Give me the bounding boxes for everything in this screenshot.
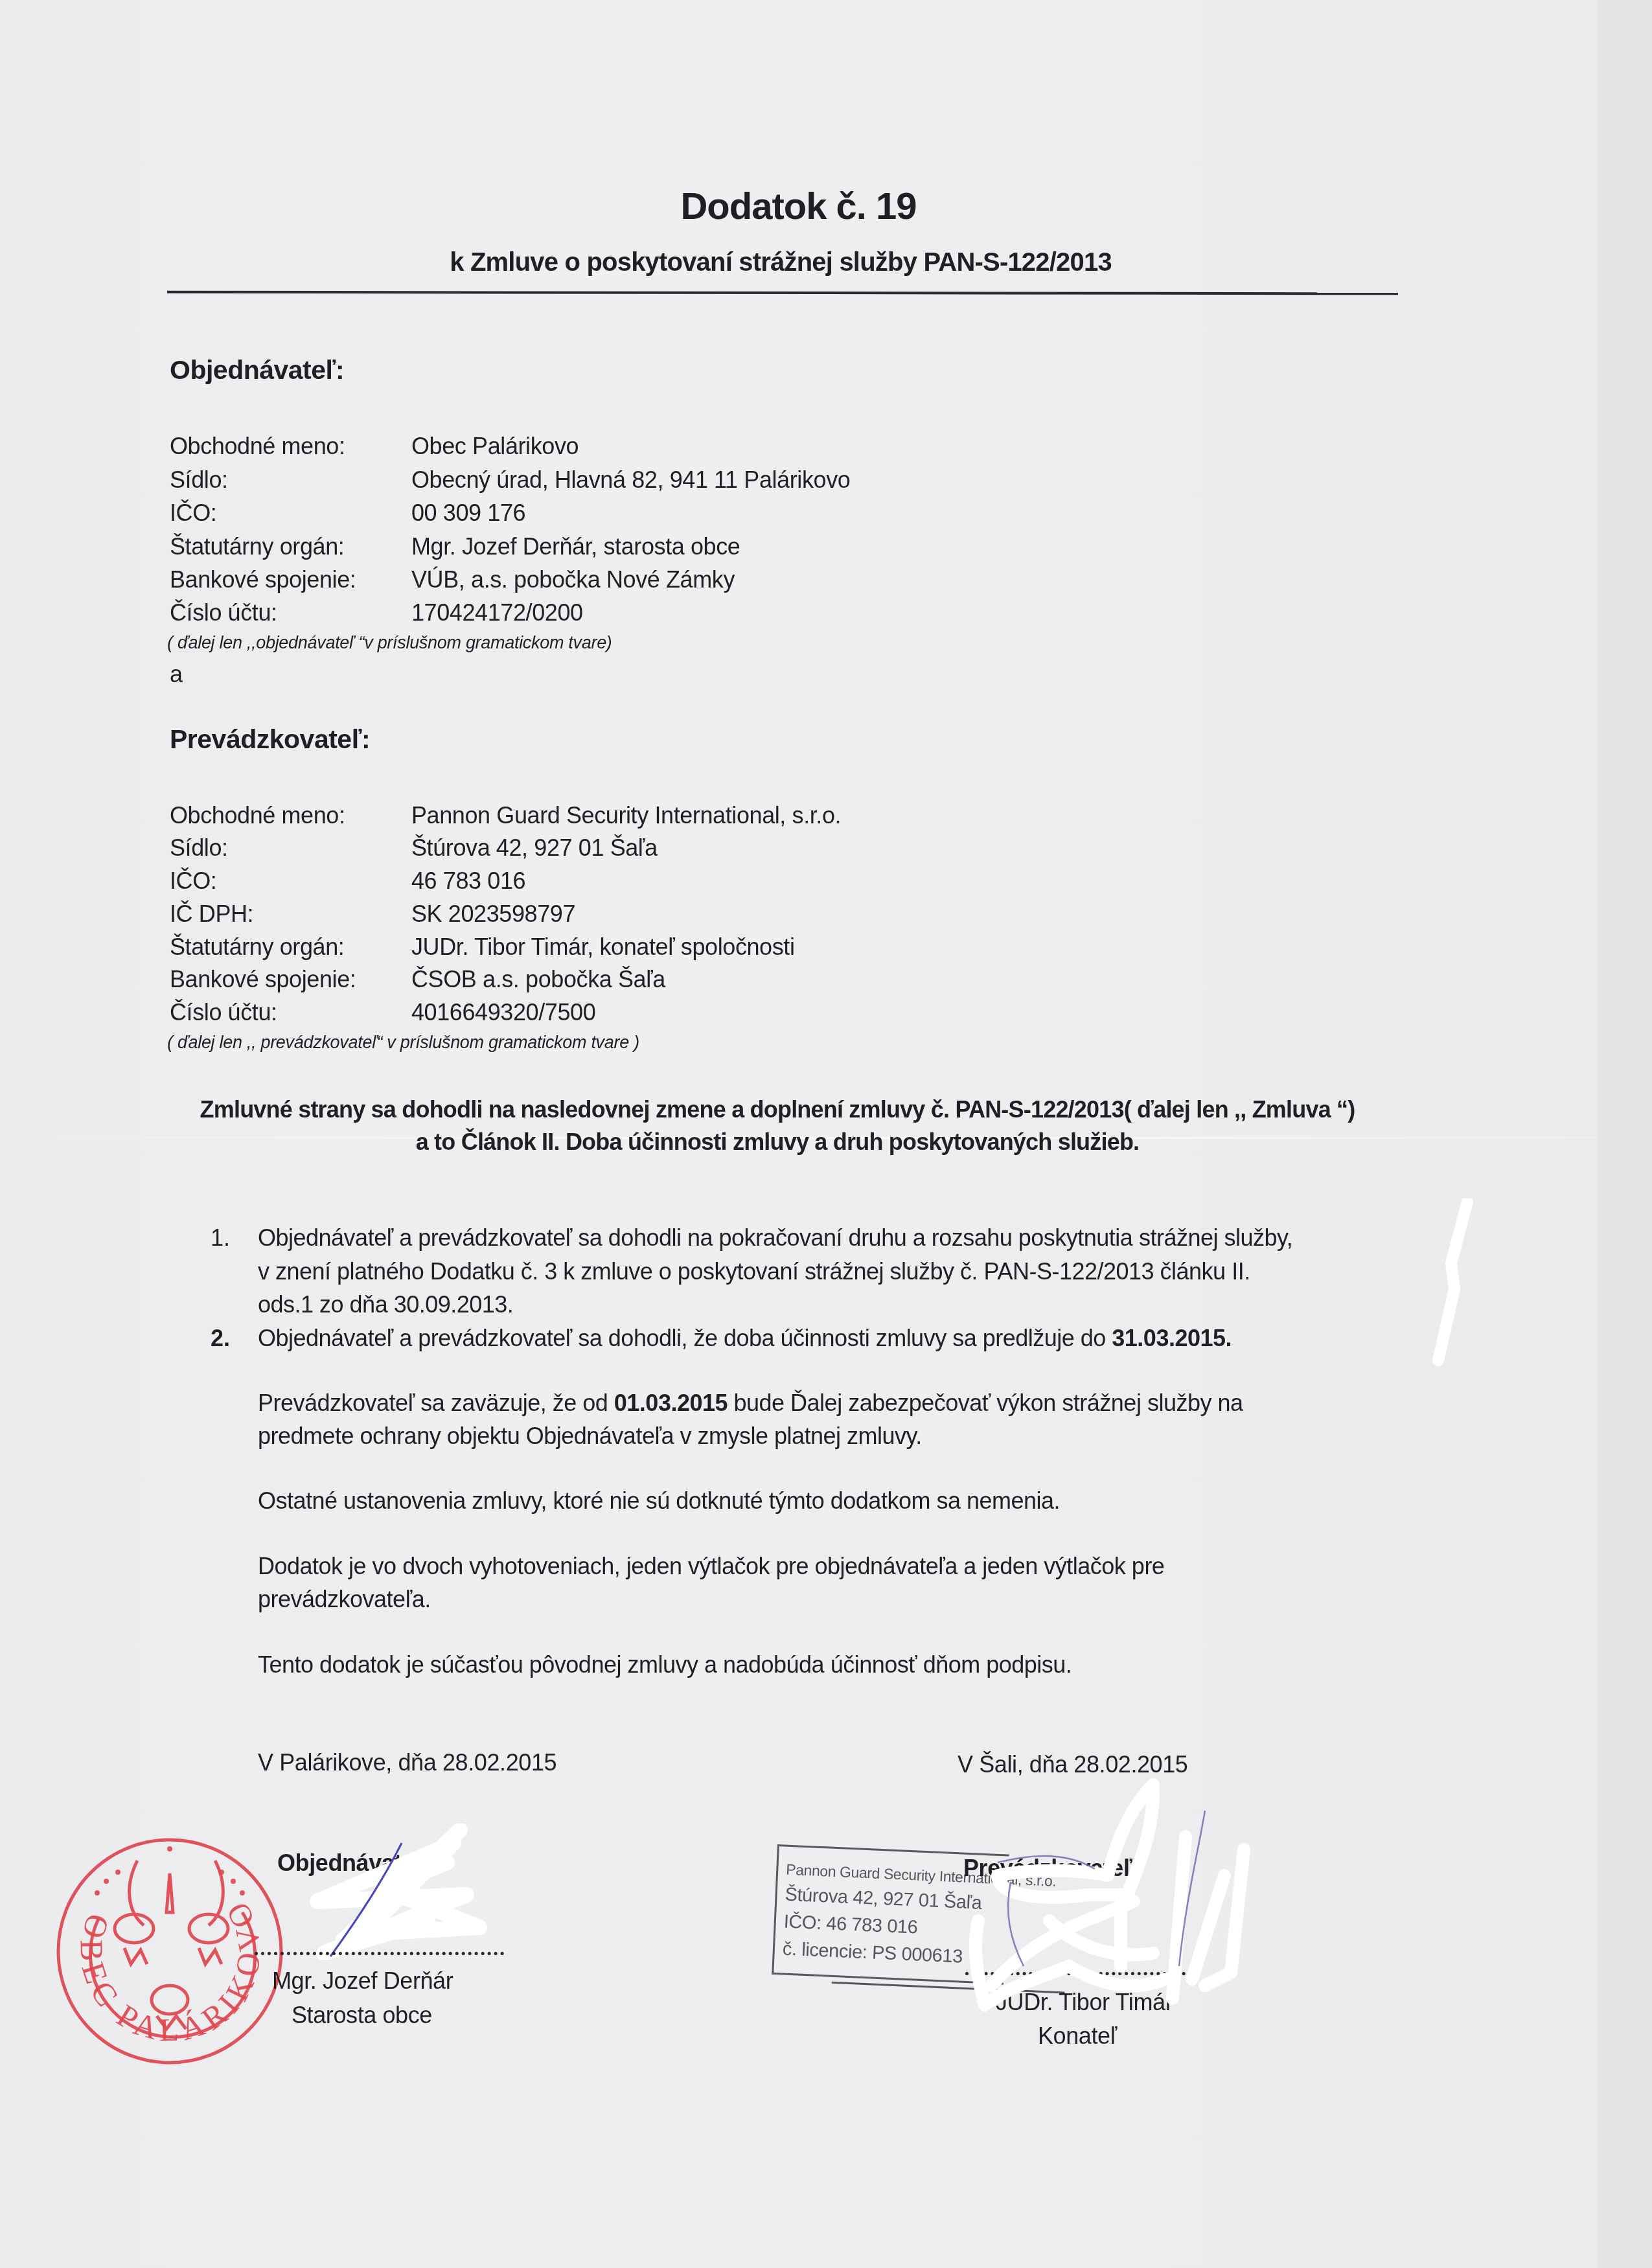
left-signature-line [255,1952,504,1955]
field-label: Štatutárny orgán: [170,934,344,961]
svg-text:OBEC PALÁRIKOVO: OBEC PALÁRIKOVO [74,1892,268,2048]
item-1-line: v znení platného Dodatku č. 3 k zmluve o… [258,1258,1250,1285]
field-value: VÚB, a.s. pobočka Nové Zámky [411,566,735,593]
field-value: Mgr. Jozef Derňár, starosta obce [411,533,740,560]
item-number: 1. [211,1224,230,1252]
field-value: ČSOB a.s. pobočka Šaľa [411,966,665,993]
item-2-text: Objednávateľ a prevádzkovateľ sa dohodli… [258,1325,1112,1351]
client-heading: Objednávateľ: [170,355,344,385]
field-label: Číslo účtu: [170,599,277,626]
paragraph-copies-line-1: Dodatok je vo dvoch vyhotoveniach, jeden… [258,1553,1164,1580]
field-value: 170424172/0200 [411,599,583,626]
field-label: Bankové spojenie: [170,966,356,993]
field-label: IČO: [170,499,216,527]
conjunction: a [170,661,183,688]
left-place-date: V Palárikove, dňa 28.02.2015 [258,1749,556,1776]
company-stamp-line: č. licencie: PS 000613 [782,1939,963,1968]
intro-line-1: Zmluvné strany sa dohodli na nasledovnej… [0,1096,1555,1123]
whiteout-mark [1425,1198,1477,1367]
redacted-signature-left [304,1824,492,1960]
field-value: Obec Palárikovo [411,433,579,460]
field-value: 00 309 176 [411,499,525,527]
company-stamp-line: Štúrova 42, 927 01 Šaľa [785,1884,982,1914]
provider-heading: Prevádzkovateľ: [170,724,370,755]
field-label: Obchodné meno: [170,433,345,460]
field-value: JUDr. Tibor Timár, konateľ spoločnosti [411,934,795,961]
intro-line-2: a to Článok II. Doba účinnosti zmluvy a … [0,1128,1555,1156]
paragraph-other-provisions: Ostatné ustanovenia zmluvy, ktoré nie sú… [258,1487,1060,1515]
provider-note: ( ďalej len ,, prevádzkovateľ“ v prísluš… [167,1033,639,1053]
left-signatory-name: Mgr. Jozef Derňár [272,1967,453,1995]
paragraph-text: bude Ďalej zabezpečovať výkon strážnej s… [728,1390,1243,1416]
redacted-signature-right [959,1772,1289,2011]
field-value: 4016649320/7500 [411,999,595,1026]
field-label: Obchodné meno: [170,802,345,829]
paragraph-obligation-line-2: predmete ochrany objektu Objednávateľa v… [258,1423,922,1450]
item-1-line: Objednávateľ a prevádzkovateľ sa dohodli… [258,1224,1292,1252]
field-value: SK 2023598797 [411,900,575,928]
document-subtitle: k Zmluve o poskytovaní strážnej služby P… [0,248,1561,277]
item-2-line: Objednávateľ a prevádzkovateľ sa dohodli… [258,1325,1232,1352]
paragraph-obligation: Prevádzkovateľ sa zaväzuje, že od 01.03.… [258,1390,1243,1417]
municipal-stamp-text: OBEC PALÁRIKOVO [74,1892,268,2048]
field-value: Obecný úrad, Hlavná 82, 941 11 Palárikov… [411,466,850,494]
client-note: ( ďalej len ,,objednávateľ “v príslušnom… [167,633,612,653]
item-2-end: . [1226,1325,1232,1351]
paragraph-effect: Tento dodatok je súčasťou pôvodnej zmluv… [258,1651,1072,1678]
field-label: IČ DPH: [170,900,253,928]
paragraph-text: Prevádzkovateľ sa zaväzuje, že od [258,1390,614,1416]
field-label: Bankové spojenie: [170,566,356,593]
left-signatory-title: Starosta obce [292,2002,432,2029]
document-title: Dodatok č. 19 [0,185,1597,228]
right-signatory-title: Konateľ [1038,2022,1117,2050]
municipal-stamp: OBEC PALÁRIKOVO [53,1835,286,2068]
header-rule [167,291,1398,295]
company-stamp-line: IČO: 46 783 016 [783,1912,918,1939]
field-label: Číslo účtu: [170,999,277,1026]
item-1-line: ods.1 zo dňa 30.09.2013. [258,1291,513,1318]
paragraph-date: 01.03.2015 [614,1390,728,1416]
field-value: Pannon Guard Security International, s.r… [411,802,841,829]
field-label: Štatutárny orgán: [170,533,344,560]
field-label: IČO: [170,867,216,895]
field-label: Sídlo: [170,834,228,862]
item-2-date: 31.03.2015 [1112,1325,1225,1351]
field-value: 46 783 016 [411,867,525,895]
field-label: Sídlo: [170,466,228,494]
field-value: Štúrova 42, 927 01 Šaľa [411,834,658,862]
document-page: Dodatok č. 19 k Zmluve o poskytovaní str… [0,0,1597,2268]
paragraph-copies-line-2: prevádzkovateľa. [258,1586,431,1613]
item-number: 2. [211,1325,230,1352]
